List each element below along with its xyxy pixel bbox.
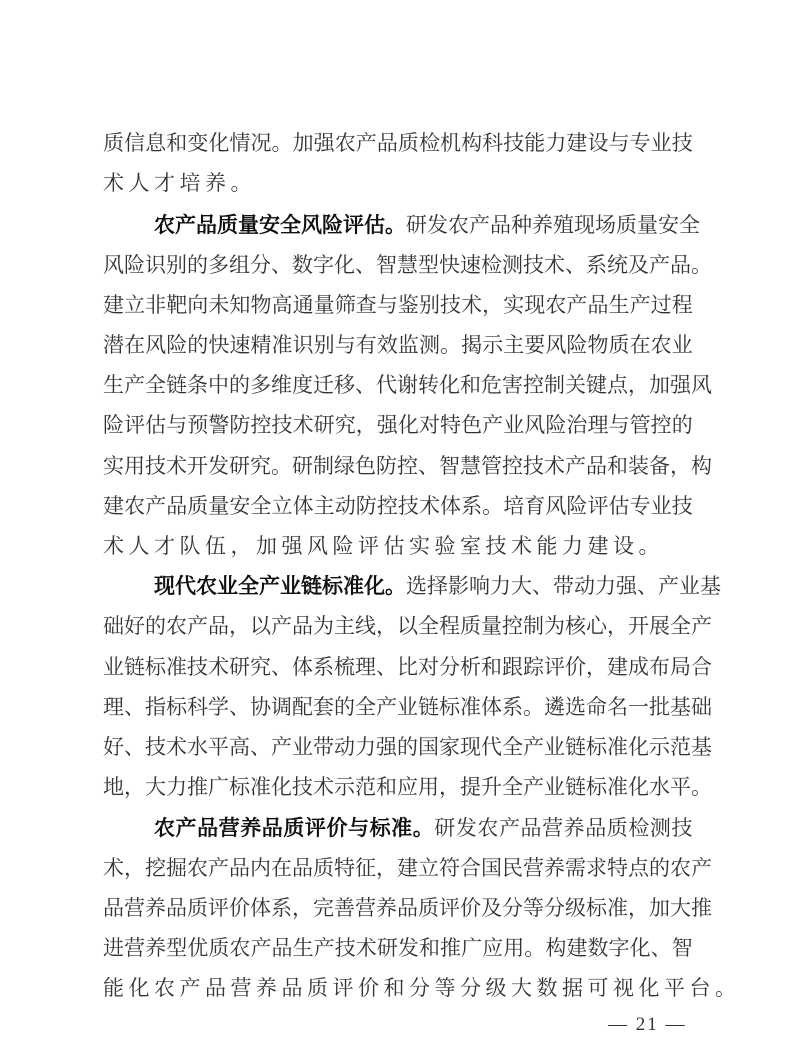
text-line: 业链标准技术研究、体系梳理、比对分析和跟踪评价，建成布局合 bbox=[103, 652, 693, 682]
section-heading-standardization: 现代农业全产业链标准化。 bbox=[154, 571, 406, 601]
text-line: 实用技术开发研究。研制绿色防控、智慧管控技术产品和装备，构 bbox=[103, 451, 693, 481]
text-run: 选择影响力大、带动力强、产业基 bbox=[406, 571, 721, 601]
text-line: 建农产品质量安全立体主动防控技术体系。培育风险评估专业技 bbox=[103, 491, 693, 521]
section-heading-risk-assessment: 农产品质量安全风险评估。 bbox=[154, 210, 406, 240]
text-line: 术人才培养。 bbox=[103, 168, 693, 198]
paragraph-first-line: 农产品质量安全风险评估。 研发农产品种养殖现场质量安全 bbox=[154, 210, 693, 240]
text-line: 术，挖掘农产品内在品质特征，建立符合国民营养需求特点的农产 bbox=[103, 853, 693, 883]
paragraph-first-line: 农产品营养品质评价与标准。 研发农产品营养品质检测技 bbox=[154, 813, 693, 843]
document-page: 质信息和变化情况。加强农产品质检机构科技能力建设与专业技 术人才培养。 农产品质… bbox=[0, 0, 794, 1059]
page-number: — 21 — bbox=[608, 1014, 687, 1036]
text-line: 建立非靶向未知物高通量筛查与鉴别技术，实现农产品生产过程 bbox=[103, 290, 693, 320]
text-line: 理、指标科学、协调配套的全产业链标准体系。遴选命名一批基础 bbox=[103, 692, 693, 722]
text-run: 研发农产品种养殖现场质量安全 bbox=[406, 210, 700, 240]
paragraph-first-line: 现代农业全产业链标准化。 选择影响力大、带动力强、产业基 bbox=[154, 571, 693, 601]
text-line: 能化农产品营养品质评价和分等分级大数据可视化平台。 bbox=[103, 973, 693, 1003]
text-line: 质信息和变化情况。加强农产品质检机构科技能力建设与专业技 bbox=[103, 128, 693, 158]
text-line: 进营养型优质农产品生产技术研发和推广应用。构建数字化、智 bbox=[103, 933, 693, 963]
text-line: 险评估与预警防控技术研究，强化对特色产业风险治理与管控的 bbox=[103, 410, 693, 440]
text-line: 品营养品质评价体系，完善营养品质评价及分等分级标准，加大推 bbox=[103, 893, 693, 923]
text-line: 地，大力推广标准化技术示范和应用，提升全产业链标准化水平。 bbox=[103, 772, 693, 802]
text-line: 潜在风险的快速精准识别与有效监测。揭示主要风险物质在农业 bbox=[103, 330, 693, 360]
section-heading-nutrition-quality: 农产品营养品质评价与标准。 bbox=[154, 813, 434, 843]
text-line: 术人才队伍，加强风险评估实验室技术能力建设。 bbox=[103, 531, 693, 561]
text-line: 生产全链条中的多维度迁移、代谢转化和危害控制关键点，加强风 bbox=[103, 370, 693, 400]
text-line: 风险识别的多组分、数字化、智慧型快速检测技术、系统及产品。 bbox=[103, 250, 693, 280]
text-line: 础好的农产品，以产品为主线，以全程质量控制为核心，开展全产 bbox=[103, 611, 693, 641]
text-run: 研发农产品营养品质检测技 bbox=[434, 813, 693, 843]
text-line: 好、技术水平高、产业带动力强的国家现代全产业链标准化示范基 bbox=[103, 732, 693, 762]
